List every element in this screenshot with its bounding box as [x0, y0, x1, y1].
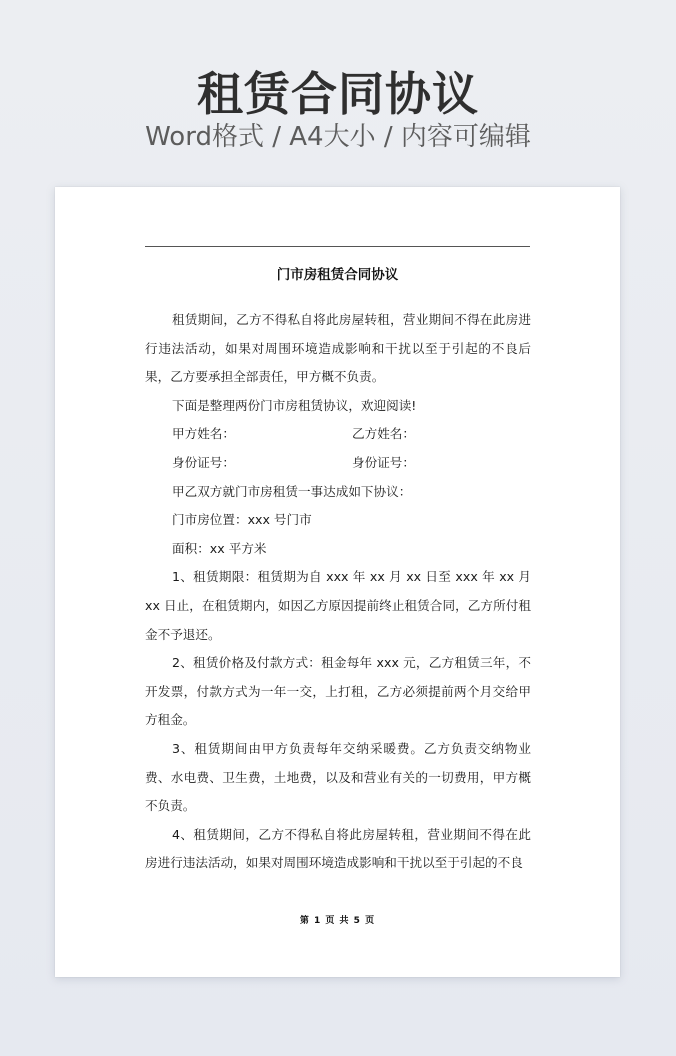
intro-paragraph: 租赁期间，乙方不得私自将此房屋转租，营业期间不得在此房进行违法活动，如果对周围环… [145, 306, 531, 392]
clause-2: 2、租赁价格及付款方式：租金每年 xxx 元，乙方租赁三年，不开发票，付款方式为… [145, 649, 531, 735]
header-rule [145, 246, 530, 247]
id-row: 身份证号： 身份证号： [145, 449, 531, 478]
reading-note: 下面是整理两份门市房租赁协议，欢迎阅读! [145, 392, 531, 421]
document-body: 租赁期间，乙方不得私自将此房屋转租，营业期间不得在此房进行违法活动，如果对周围环… [145, 306, 531, 878]
agreement-intro: 甲乙双方就门市房租赁一事达成如下协议： [145, 478, 531, 507]
party-b-id-label: 身份证号： [352, 449, 415, 478]
document-page: 门市房租赁合同协议 租赁期间，乙方不得私自将此房屋转租，营业期间不得在此房进行违… [55, 187, 620, 977]
clause-1: 1、租赁期限：租赁期为自 xxx 年 xx 月 xx 日至 xxx 年 xx 月… [145, 563, 531, 649]
page-footer: 第 1 页 共 5 页 [55, 913, 620, 926]
party-a-id-label: 身份证号： [172, 449, 352, 478]
document-title: 门市房租赁合同协议 [55, 265, 620, 285]
name-row: 甲方姓名： 乙方姓名： [145, 420, 531, 449]
hero-title: 租赁合同协议 [0, 66, 676, 122]
location-line: 门市房位置：xxx 号门市 [145, 506, 531, 535]
party-a-name-label: 甲方姓名： [172, 420, 352, 449]
clause-3: 3、租赁期间由甲方负责每年交纳采暖费。乙方负责交纳物业费、水电费、卫生费，土地费… [145, 735, 531, 821]
clause-4: 4、租赁期间，乙方不得私自将此房屋转租，营业期间不得在此房进行违法活动，如果对周… [145, 821, 531, 878]
area-line: 面积：xx 平方米 [145, 535, 531, 564]
party-b-name-label: 乙方姓名： [352, 420, 415, 449]
hero-subtitle: Word格式 / A4大小 / 内容可编辑 [0, 120, 676, 154]
